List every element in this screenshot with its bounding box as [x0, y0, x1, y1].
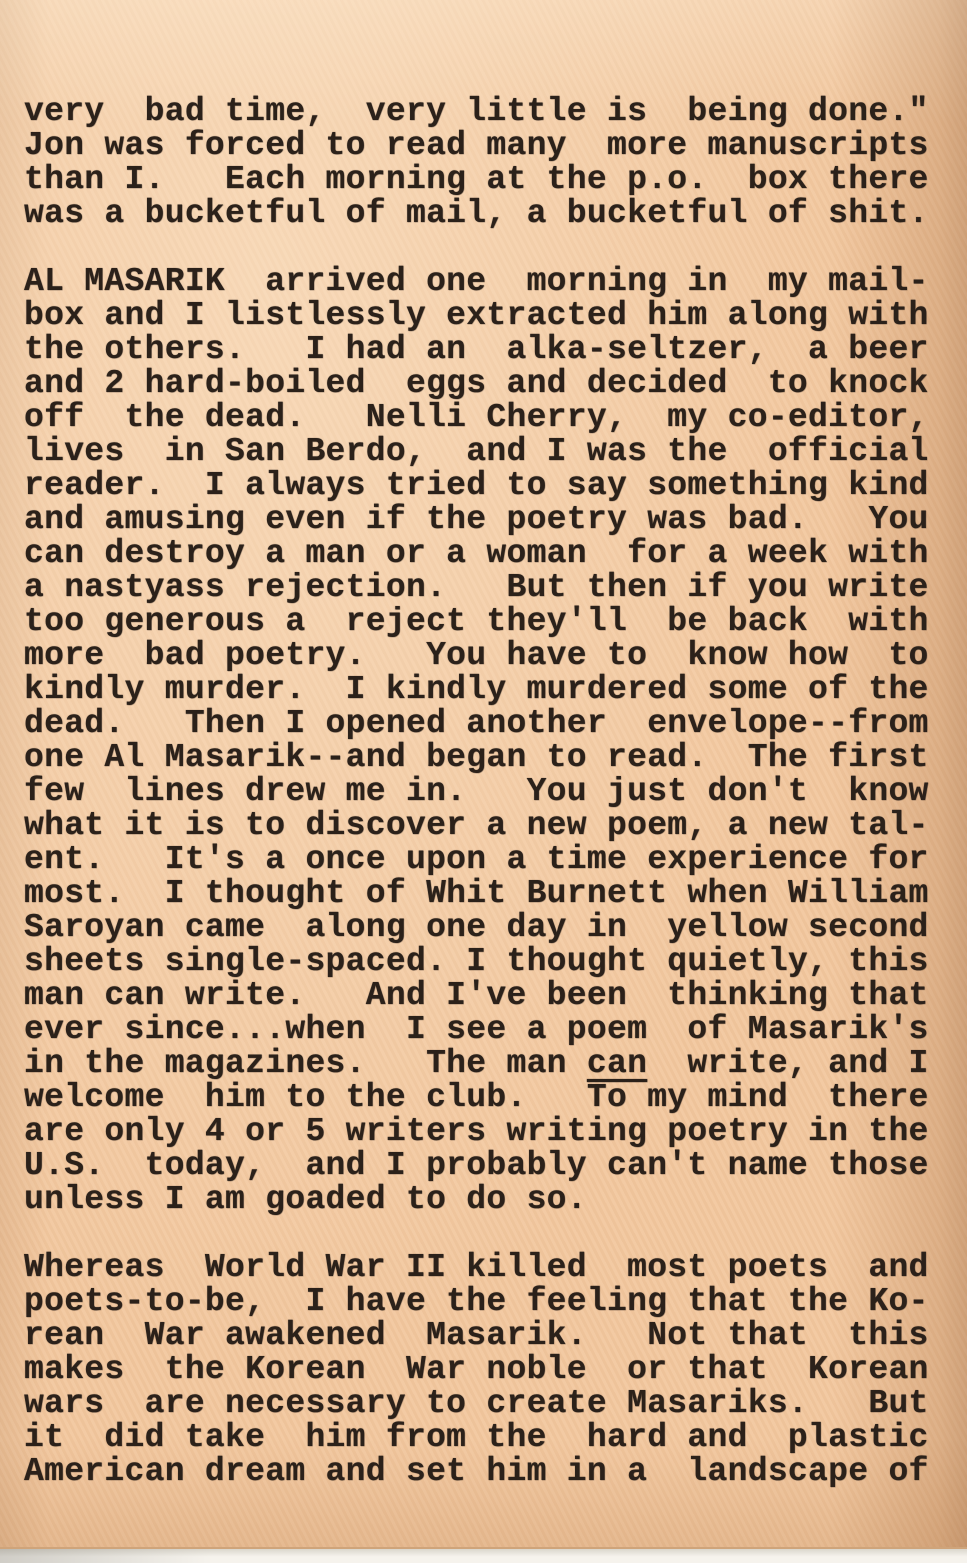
text-line: AL MASARIK arrived one morning in my mai…	[24, 265, 944, 299]
text-line: few lines drew me in. You just don't kno…	[24, 775, 944, 809]
text-line: more bad poetry. You have to know how to	[24, 639, 944, 673]
text-line: lives in San Berdo, and I was the offici…	[24, 435, 944, 469]
paper-page: very bad time, very little is being done…	[0, 0, 967, 1549]
text-line: reader. I always tried to say something …	[24, 469, 944, 503]
scan-edge-strip	[0, 1549, 967, 1563]
paragraph: very bad time, very little is being done…	[24, 95, 944, 231]
text-line: a nastyass rejection. But then if you wr…	[24, 571, 944, 605]
text-line: Saroyan came along one day in yellow sec…	[24, 911, 944, 945]
text-line: box and I listlessly extracted him along…	[24, 299, 944, 333]
text-line: American dream and set him in a landscap…	[24, 1455, 944, 1489]
text-block: very bad time, very little is being done…	[24, 95, 944, 1523]
text-line: most. I thought of Whit Burnett when Wil…	[24, 877, 944, 911]
text-line: the others. I had an alka-seltzer, a bee…	[24, 333, 944, 367]
text-line: sheets single-spaced. I thought quietly,…	[24, 945, 944, 979]
text-line: kindly murder. I kindly murdered some of…	[24, 673, 944, 707]
text-line: than I. Each morning at the p.o. box the…	[24, 163, 944, 197]
text-line: Jon was forced to read many more manuscr…	[24, 129, 944, 163]
text-line: off the dead. Nelli Cherry, my co-editor…	[24, 401, 944, 435]
paragraph: Whereas World War II killed most poets a…	[24, 1251, 944, 1489]
text-line: ever since...when I see a poem of Masari…	[24, 1013, 944, 1047]
text-line: it did take him from the hard and plasti…	[24, 1421, 944, 1455]
text-line: can destroy a man or a woman for a week …	[24, 537, 944, 571]
text-line: welcome him to the club. To my mind ther…	[24, 1081, 944, 1115]
text-line: are only 4 or 5 writers writing poetry i…	[24, 1115, 944, 1149]
text-line: too generous a reject they'll be back wi…	[24, 605, 944, 639]
text-line: was a bucketful of mail, a bucketful of …	[24, 197, 944, 231]
text-segment: write, and I	[647, 1045, 928, 1082]
text-line: what it is to discover a new poem, a new…	[24, 809, 944, 843]
text-line: ent. It's a once upon a time experience …	[24, 843, 944, 877]
underlined-word: can	[587, 1045, 647, 1082]
text-line: one Al Masarik--and began to read. The f…	[24, 741, 944, 775]
text-line: and amusing even if the poetry was bad. …	[24, 503, 944, 537]
text-line: U.S. today, and I probably can't name th…	[24, 1149, 944, 1183]
text-line: makes the Korean War noble or that Korea…	[24, 1353, 944, 1387]
paragraph: AL MASARIK arrived one morning in my mai…	[24, 265, 944, 1217]
text-line: wars are necessary to create Masariks. B…	[24, 1387, 944, 1421]
text-line: dead. Then I opened another envelope--fr…	[24, 707, 944, 741]
text-line: and 2 hard-boiled eggs and decided to kn…	[24, 367, 944, 401]
text-line: Whereas World War II killed most poets a…	[24, 1251, 944, 1285]
text-line: rean War awakened Masarik. Not that this	[24, 1319, 944, 1353]
text-line: poets-to-be, I have the feeling that the…	[24, 1285, 944, 1319]
text-line: very bad time, very little is being done…	[24, 95, 944, 129]
text-line: man can write. And I've been thinking th…	[24, 979, 944, 1013]
text-line: in the magazines. The man can write, and…	[24, 1047, 944, 1081]
text-line: unless I am goaded to do so.	[24, 1183, 944, 1217]
text-segment: in the magazines. The man	[24, 1045, 587, 1082]
